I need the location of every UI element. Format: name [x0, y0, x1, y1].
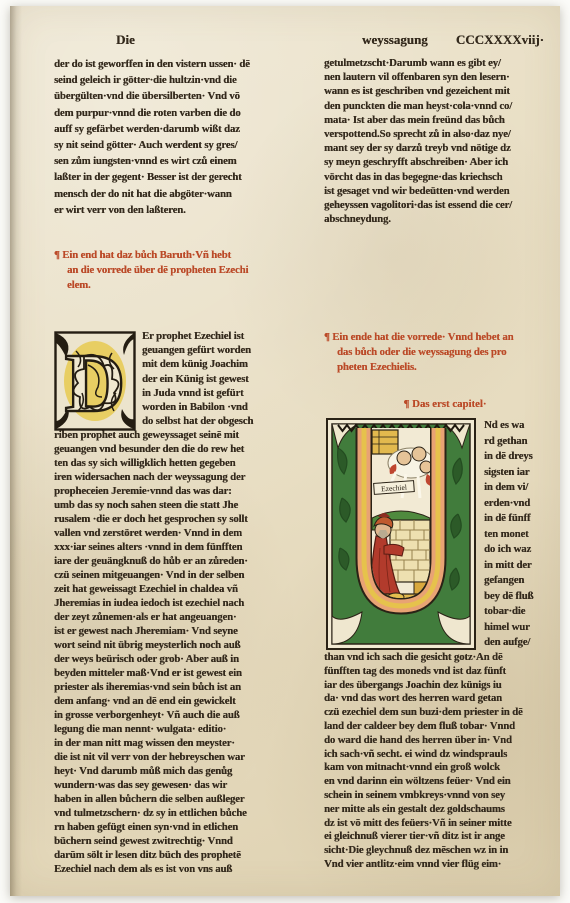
text-line: geheyssen vagolitori·das ist essend die … [324, 198, 566, 212]
text-line: sy nit seind götter· Auch werdent sy gre… [54, 137, 304, 153]
text-line: vnd tulmetzschern· dz sy in ettlichen bů… [54, 806, 304, 820]
right-paragraph-1: getulmetzscht·Darumb wann es gibt ey/nen… [324, 56, 566, 226]
left-rubric: ¶ Ein end hat daz bůch Baruth·Vñ hebtan … [54, 248, 304, 293]
text-line: an die vorrede über dē propheten Ezechi [54, 263, 304, 278]
text-line: vörcht das in das begegne·das kriechsch [324, 170, 566, 184]
text-line: der zeyt zůnemen·als er hat angeuangen· [54, 610, 304, 624]
text-line: Nd es wa [484, 418, 566, 434]
book-page: Die weyssagung CCCXXXXviij· der do ist g… [10, 6, 560, 896]
text-line: ich sach·vñ secht. ei wind dz windspraul… [324, 748, 566, 762]
text-line: geuangen gefürt worden [142, 343, 304, 357]
text-line: in der man nitt mag wissen den meyster· [54, 736, 304, 750]
text-line: der ein Künig ist gewest [142, 372, 304, 386]
text-line: ist gesaget vnd wir bedeütten·vnd werden [324, 184, 566, 198]
text-line: der do ist geworffen in den vistern usse… [54, 56, 304, 72]
text-line: übergülten·vnd die übersilberten· Vnd vō [54, 88, 304, 104]
text-line: do ich waz [484, 542, 566, 558]
verse-full-lines: than vnd ich sach die gesicht gotz·An dē… [324, 651, 566, 872]
text-line: worden in Babilon ·vnd [142, 400, 304, 414]
left-paragraph-2-full: riben prophet auch geweyssaget seinē mit… [54, 428, 304, 876]
text-line: wort seind nit übrig meysterlich noch au… [54, 638, 304, 652]
text-line: do ward die hand des herren über in· Vnd [324, 734, 566, 748]
text-line: sen zům iungsten·vnnd es wirt czů einem [54, 153, 304, 169]
text-line: rusalem ·die er doch het gesprochen sy s… [54, 512, 304, 526]
folio-number: CCCXXXXviij· [456, 32, 544, 48]
text-line: dz ist vō mitt des feüers·Vñ in seiner m… [324, 817, 566, 831]
running-title-left: Die [116, 32, 135, 48]
text-line: darūm sölt ir lesen ditz büch des prophe… [54, 848, 304, 862]
scan-background: Die weyssagung CCCXXXXviij· der do ist g… [0, 0, 570, 903]
text-line: en vnd darinn ein wöltzens feüer· Vnd ei… [324, 775, 566, 789]
text-line: elem. [54, 278, 304, 293]
text-line: do selbst hat der obgesch [142, 414, 304, 428]
text-line: zeit hat geweissagt Ezechiel in chaldea … [54, 582, 304, 596]
text-line: iar des übergangs Joachin dez künigs iu [324, 679, 566, 693]
text-line: seind geleich ir götter·die hultzin·vnd … [54, 72, 304, 88]
text-line: Ezechiel nach dem als es ist von vns auß [54, 862, 304, 876]
right-rubric: ¶ Ein ende hat die vorrede· Vnnd hebet a… [324, 330, 566, 375]
text-line: iren widersachen nach der weyssagung der [54, 470, 304, 484]
text-line: bey dē fluß [484, 589, 566, 605]
text-line: mata· Ist aber das mein freünd das bůch [324, 113, 566, 127]
text-line: mant sey der sy darzů treyb vnd nötige d… [324, 141, 566, 155]
banner-label: Ezechiel [381, 483, 407, 494]
ezekiel-miniature-art: Ezechiel [326, 418, 476, 650]
text-line: propheceien Jeremie·vnnd das was dar: [54, 484, 304, 498]
text-line: ist er gewest nach Jheremiam· Vnd seyne [54, 624, 304, 638]
text-line: verspottend.So sprecht zů in also·daz ny… [324, 127, 566, 141]
text-line: ten monet [484, 527, 566, 543]
text-line: rd gethan [484, 434, 566, 450]
text-line: die ist nit vil verr von der hebreyschen… [54, 750, 304, 764]
chapter-one-text: Ezechiel [324, 418, 566, 871]
text-line: rn haben gefügt einen syn·vnd in etliche… [54, 820, 304, 834]
text-line: getulmetzscht·Darumb wann es gibt ey/ [324, 56, 566, 70]
text-line: der weys beürisch oder grob· Aber auß in [54, 652, 304, 666]
text-line: himel wur [484, 620, 566, 636]
woodcut-initial-d-art: D [54, 331, 136, 431]
running-title-right: weyssagung CCCXXXXviij· [362, 32, 544, 48]
text-line: nen lautern vil offenbaren syn den leser… [324, 70, 566, 84]
text-line: sigsten iar [484, 465, 566, 481]
text-line: xxx·iar seines alters ·vnnd in dem fünff… [54, 540, 304, 554]
text-line: czü ezechiel dem sun buzi·dem priester i… [324, 706, 566, 720]
text-line: Vnd vier antlitz·eim vnnd vier flüg eim· [324, 858, 566, 872]
text-line: land der caldeer bey dem fluß tobar· Vnn… [324, 720, 566, 734]
left-paragraph-2-wrap: Er prophet Ezechiel istgeuangen gefürt w… [142, 329, 304, 428]
text-line: büchern seind gewest zwitrechtig· Vnnd [54, 834, 304, 848]
text-line: wann es ist geschriben vnd gezeichent mi… [324, 84, 566, 98]
text-line: haben in allen bůchern die selben außleg… [54, 792, 304, 806]
text-line: schein in seinem vmbkreys·vnnd von sey [324, 789, 566, 803]
text-line: tobar·die [484, 604, 566, 620]
text-line: ten das sy sich willigklich hetten gegeb… [54, 456, 304, 470]
initial-letter-glyph: D [65, 337, 126, 430]
text-line: priester als iheremias·vnd sein bůch ist… [54, 680, 304, 694]
text-line: czü seinen mitgeuangen· Vnd in der selbe… [54, 568, 304, 582]
text-line: dem purpur·vnnd die roten varben die do [54, 105, 304, 121]
text-line: than vnd ich sach die gesicht gotz·An dē [324, 651, 566, 665]
text-line: dem anfang· vnd an dē end ein gewickelt [54, 694, 304, 708]
text-line: wundern·was das sey gewesen· das wir [54, 778, 304, 792]
text-line: laßter in der gegent· Besser ist der ger… [54, 169, 304, 185]
text-line: in grosse verborgenheyt· Vñ auch die auß [54, 708, 304, 722]
text-line: auff sy gefärbet werden·darumb wißt daz [54, 121, 304, 137]
text-line: ¶ Ein ende hat die vorrede· Vnnd hebet a… [324, 330, 566, 345]
text-line: mit dem künig Joachim [142, 357, 304, 371]
text-line: in dē fünff [484, 511, 566, 527]
right-column: getulmetzscht·Darumb wann es gibt ey/nen… [324, 56, 566, 872]
text-line: ¶ Ein end hat daz bůch Baruth·Vñ hebt [54, 248, 304, 263]
text-line: heyt· Vnd darumb můß mich das genůg [54, 764, 304, 778]
ezekiel-miniature: Ezechiel [326, 418, 476, 650]
text-line: sicht·Die gleychnuß dez mēschen wz in in [324, 844, 566, 858]
text-line: beyden mitteler maß·Vnd er ist gewest ei… [54, 666, 304, 680]
text-line: er wirt verr von den laßteren. [54, 202, 304, 218]
text-line: mensch der do nit hat die abgöter·wann [54, 186, 304, 202]
text-line: umb das sy noch sahen steen die statt Jh… [54, 498, 304, 512]
text-line: den punckten die man heyst·cola·vnnd co/ [324, 99, 566, 113]
text-line: vallen vnd zerstöret werden· Vnnd in dem [54, 526, 304, 540]
text-line: gefangen [484, 573, 566, 589]
text-line: geuangen vnd besunder den die do rew het [54, 442, 304, 456]
woodcut-initial-d: D [54, 331, 136, 431]
text-line: iare der geuängknuß do hůb er an zůreden… [54, 554, 304, 568]
text-line: ner mitte als ein gestalt dez goldschaum… [324, 803, 566, 817]
left-column: der do ist geworffen in den vistern usse… [54, 56, 304, 876]
running-title-word: weyssagung [362, 32, 428, 48]
text-line: sy meyn geschryfft abschreiben· Aber ich [324, 155, 566, 169]
text-line: legung die man nennt· wulgata· editio· [54, 722, 304, 736]
text-line: in Juda vnnd ist gefürt [142, 386, 304, 400]
text-line: in dem vi/ [484, 480, 566, 496]
text-line: den aufge/ [484, 635, 566, 651]
left-paragraph-1: der do ist geworffen in den vistern usse… [54, 56, 304, 218]
text-line: pheten Ezechielis. [324, 360, 566, 375]
throne-canopy [372, 430, 398, 454]
left-paragraph-2: D Er prophet Ezechiel istgeuangen gefürt… [54, 329, 304, 876]
text-line: in mitt der [484, 558, 566, 574]
name-banner: Ezechiel [374, 481, 415, 495]
text-line: fünfften tag des moneds vnd ist daz fünf… [324, 665, 566, 679]
text-line: da· vnd das wort des herren ward getan [324, 692, 566, 706]
text-line: Jheremias in iudea iedoch ist ezechiel n… [54, 596, 304, 610]
text-line: kam von mitnacht·vnnd ein groß wolck [324, 761, 566, 775]
verse-wrap-lines: Nd es ward gethanin dē dreyssigsten iari… [484, 418, 566, 651]
text-line: das bůch oder die weyssagung des pro [324, 345, 566, 360]
text-line: ei gleichnuß vierer tier·vñ ditz ist ir … [324, 830, 566, 844]
chapter-heading: ¶ Das erst capitel· [324, 397, 566, 412]
text-line: erden·vnd [484, 496, 566, 512]
text-line: abschneydung. [324, 212, 566, 226]
text-line: in dē dreys [484, 449, 566, 465]
text-line: Er prophet Ezechiel ist [142, 329, 304, 343]
